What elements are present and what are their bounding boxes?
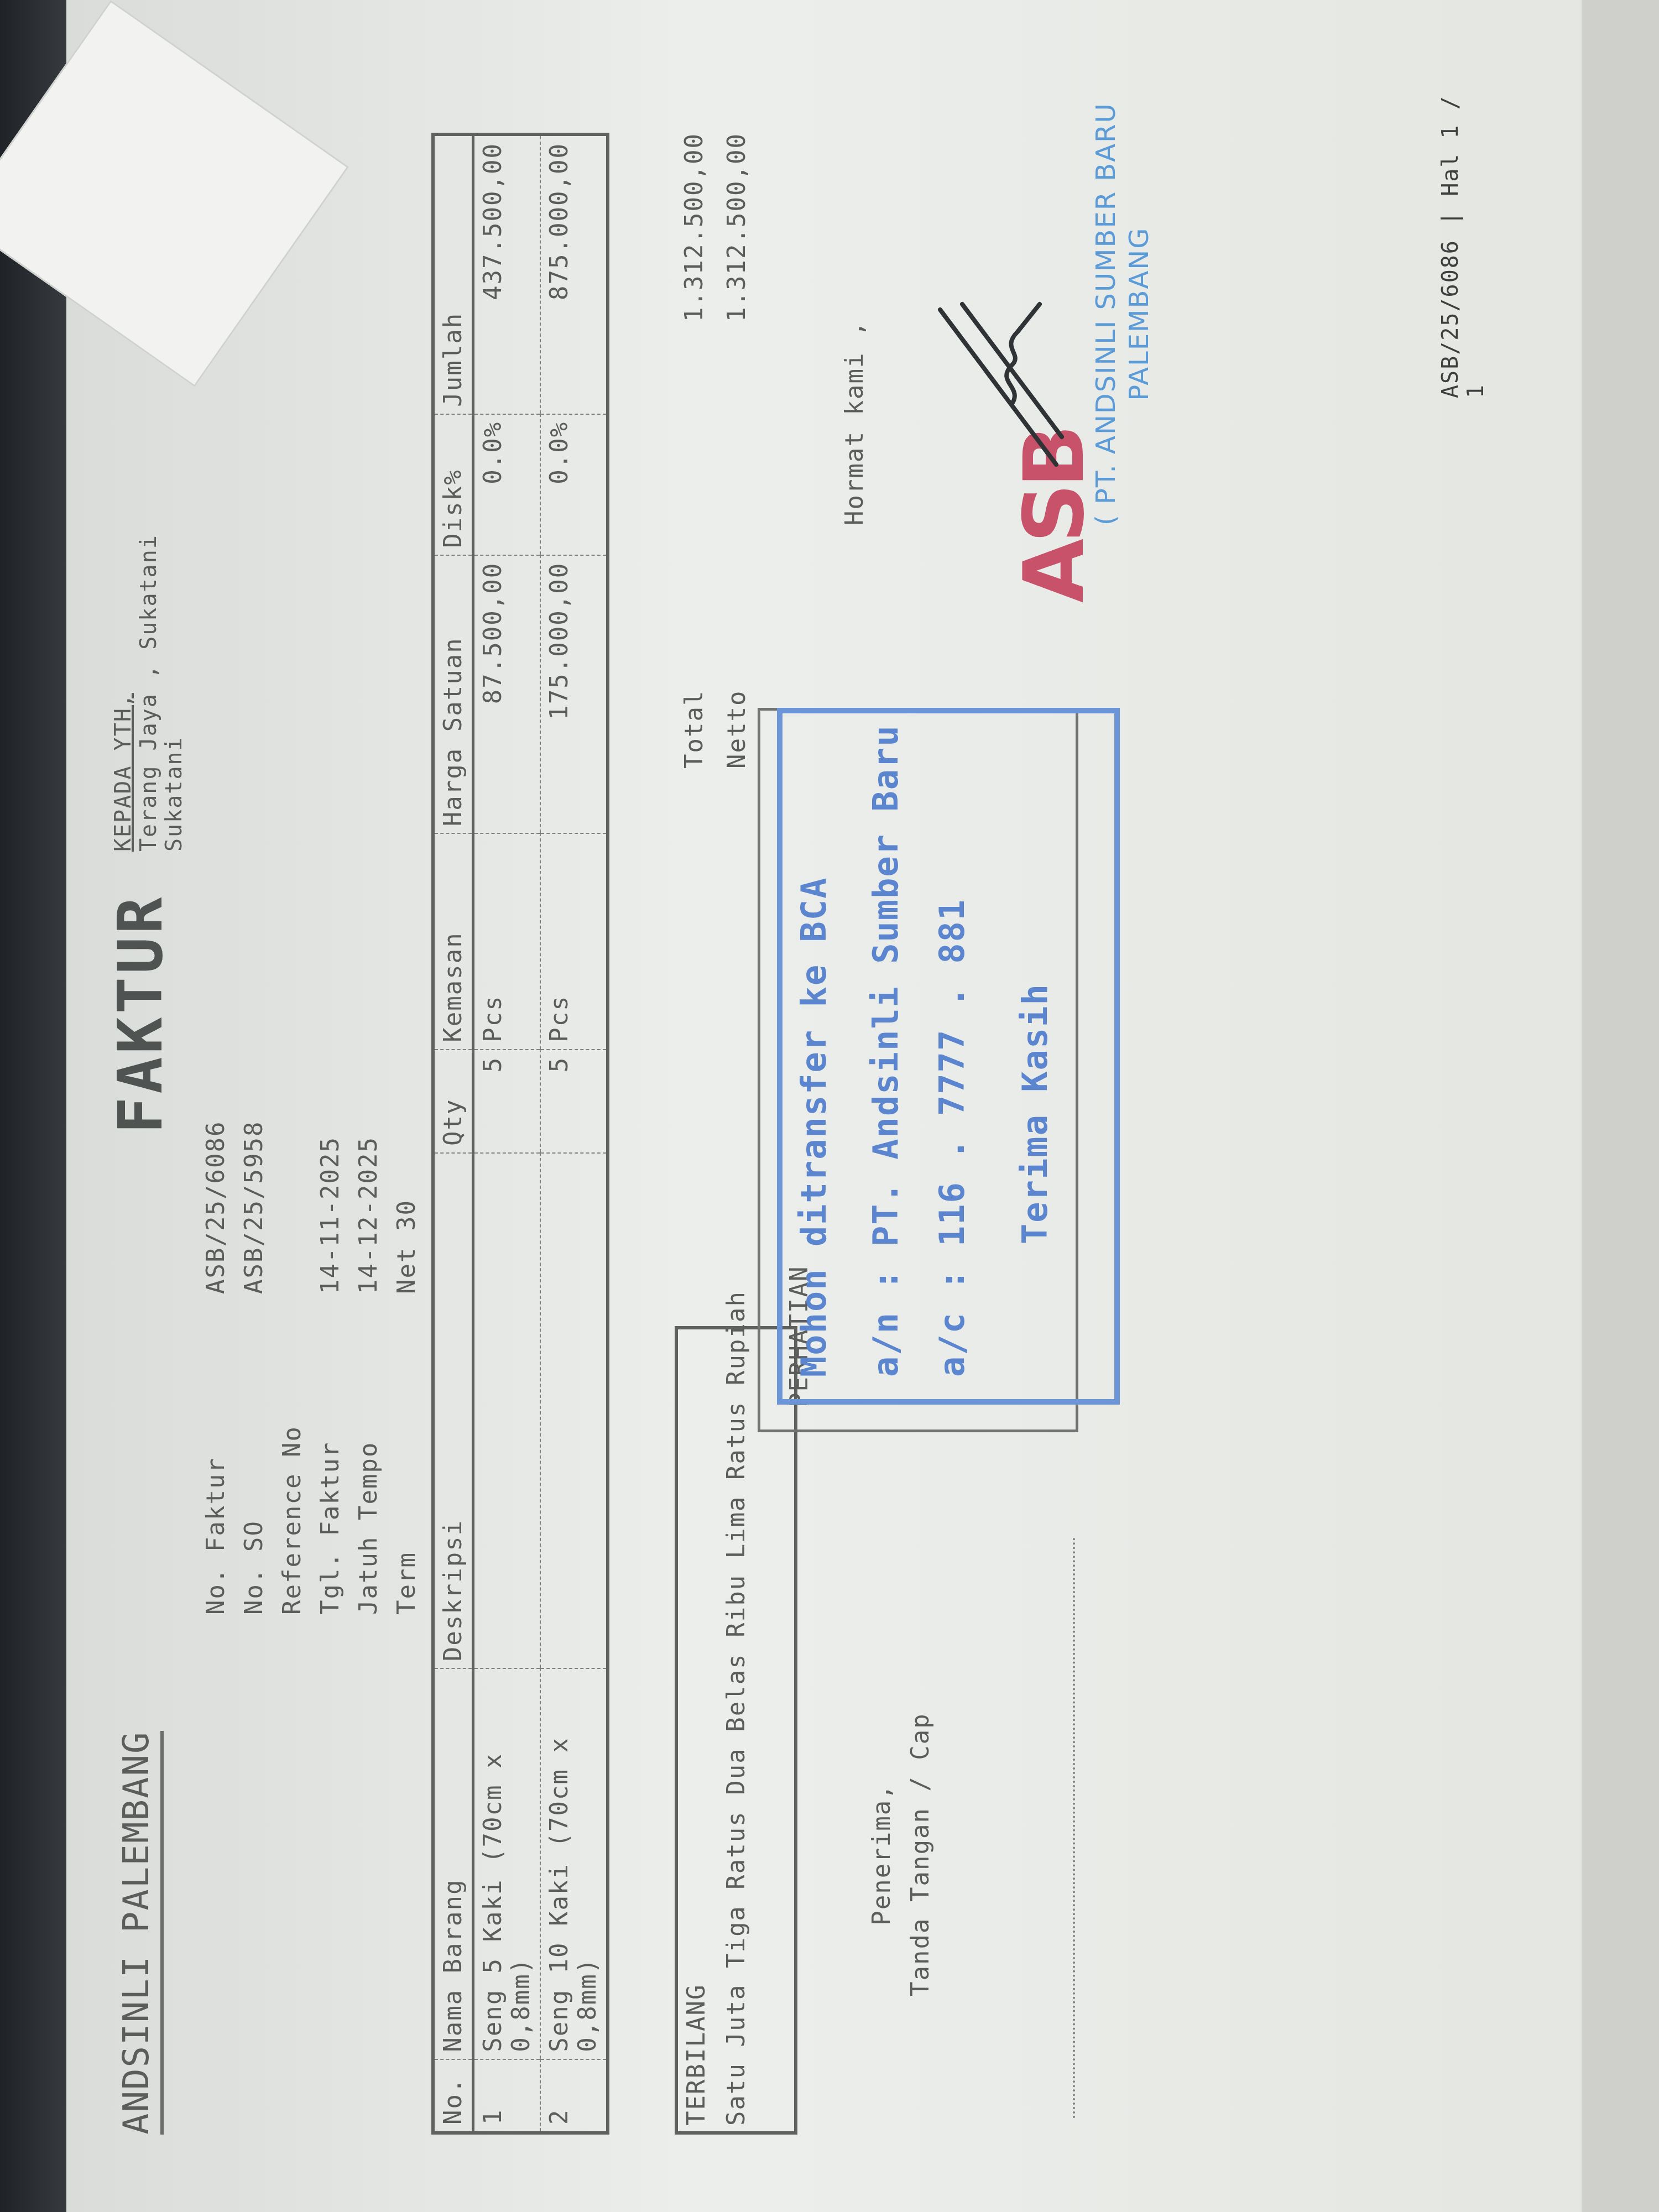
col-nama-barang: Nama Barang	[433, 1668, 473, 2059]
cell-kemasan: Pcs	[540, 833, 608, 1050]
cell-disk: 0.0%	[473, 414, 541, 555]
penerima-sublabel: Tanda Tangan / Cap	[901, 1713, 940, 1996]
company-stamp: ( PT. ANDSINLI SUMBER BARU PALEMBANG	[1089, 102, 1156, 525]
terbilang-box: TERBILANG Satu Juta Tiga Ratus Dua Belas…	[675, 1326, 797, 2135]
meta-label: Jatuh Tempo	[354, 1294, 383, 1615]
meta-value: 14-11-2025	[316, 1018, 345, 1294]
meta-label: No. SO	[240, 1294, 268, 1615]
meta-value: ASB/25/5958	[240, 1018, 268, 1294]
invoice-title: FAKTUR	[105, 894, 176, 1134]
penerima-label: Penerima,	[863, 1713, 901, 1996]
meta-label: Tgl. Faktur	[316, 1294, 345, 1615]
col-harga-satuan: Harga Satuan	[433, 555, 473, 833]
total-row: Total 1.312.500,00	[680, 133, 708, 769]
cell-no: 1	[473, 2059, 541, 2133]
stamp-line1: Mohon ditransfer ke BCA	[794, 877, 834, 1377]
paper-edge	[1582, 0, 1659, 2212]
col-deskripsi: Deskripsi	[433, 1153, 473, 1668]
stamp-line4: Terima Kasih	[1015, 983, 1055, 1244]
invoice: ANDSINLI PALEMBANG FAKTUR KEPADA YTH, Te…	[100, 83, 1593, 2184]
stamp-line3: a/c : 116 . 7777 . 881	[932, 899, 972, 1377]
penerima-block: Penerima, Tanda Tangan / Cap	[863, 1713, 940, 1996]
cell-qty: 5	[540, 1050, 608, 1153]
cell-kemasan: Pcs	[473, 833, 541, 1050]
cell-deskripsi	[540, 1153, 608, 1668]
invoice-meta: No. Faktur ASB/25/6086 No. SO ASB/25/595…	[202, 1018, 421, 1615]
cell-disk: 0.0%	[540, 414, 608, 555]
meta-label: Term	[393, 1294, 421, 1615]
meta-value: Net 30	[393, 1018, 421, 1294]
cell-deskripsi	[473, 1153, 541, 1668]
netto-value: 1.312.500,00	[723, 133, 751, 322]
table-header-row: No. Nama Barang Deskripsi Qty Kemasan Ha…	[433, 134, 473, 2133]
cell-jumlah: 437.500,00	[473, 134, 541, 414]
bank-transfer-stamp: Mohon ditransfer ke BCA a/n : PT. Andsin…	[777, 708, 1120, 1405]
total-value: 1.312.500,00	[680, 133, 708, 322]
meta-label: No. Faktur	[202, 1294, 230, 1615]
stamp-line2: a/n : PT. Andsinli Sumber Baru	[865, 724, 906, 1377]
recipient-label: KEPADA YTH,	[111, 534, 136, 852]
col-kemasan: Kemasan	[433, 833, 473, 1050]
terbilang-label: TERBILANG	[682, 1984, 711, 2126]
company-stamp-line1: ( PT. ANDSINLI SUMBER BARU	[1089, 102, 1123, 525]
meta-value	[278, 1018, 306, 1294]
meta-label: Reference No	[278, 1294, 306, 1615]
cell-harga-satuan: 175.000,00	[540, 555, 608, 833]
cell-nama-barang: Seng 5 Kaki (70cm x 0,8mm)	[473, 1668, 541, 2059]
table-row: 1 Seng 5 Kaki (70cm x 0,8mm) 5 Pcs 87.50…	[473, 134, 541, 2133]
meta-value: 14-12-2025	[354, 1018, 383, 1294]
table-row: 2 Seng 10 Kaki (70cm x 0,8mm) 5 Pcs 175.…	[540, 134, 608, 2133]
col-jumlah: Jumlah	[433, 134, 473, 414]
terbilang-text: Satu Juta Tiga Ratus Dua Belas Ribu Lima…	[722, 1291, 750, 2126]
company-stamp-line2: PALEMBANG	[1123, 102, 1156, 525]
netto-label: Netto	[723, 690, 751, 769]
page-footer: ASB/25/6086 | Hal 1 / 1	[1438, 83, 1489, 398]
company-name: ANDSINLI PALEMBANG	[116, 1731, 164, 2135]
cell-qty: 5	[473, 1050, 541, 1153]
hormat-kami: Hormat kami ,	[841, 321, 869, 525]
recipient-block: KEPADA YTH, Terang Jaya , Sukatani Sukat…	[111, 534, 187, 852]
col-qty: Qty	[433, 1050, 473, 1153]
netto-row: Netto 1.312.500,00	[723, 133, 751, 769]
cell-nama-barang: Seng 10 Kaki (70cm x 0,8mm)	[540, 1668, 608, 2059]
recipient-line1: Terang Jaya , Sukatani	[136, 534, 161, 852]
meta-value: ASB/25/6086	[202, 1018, 230, 1294]
col-disk: Disk%	[433, 414, 473, 555]
totals: Total 1.312.500,00 Netto 1.312.500,00	[680, 133, 765, 769]
cell-harga-satuan: 87.500,00	[473, 555, 541, 833]
cell-no: 2	[540, 2059, 608, 2133]
total-label: Total	[680, 690, 708, 769]
signature-icon	[929, 293, 1073, 470]
items-table: No. Nama Barang Deskripsi Qty Kemasan Ha…	[431, 133, 609, 2135]
recipient-line2: Sukatani	[161, 534, 187, 852]
signature-line	[1073, 1537, 1075, 2118]
cell-jumlah: 875.000,00	[540, 134, 608, 414]
col-no: No.	[433, 2059, 473, 2133]
